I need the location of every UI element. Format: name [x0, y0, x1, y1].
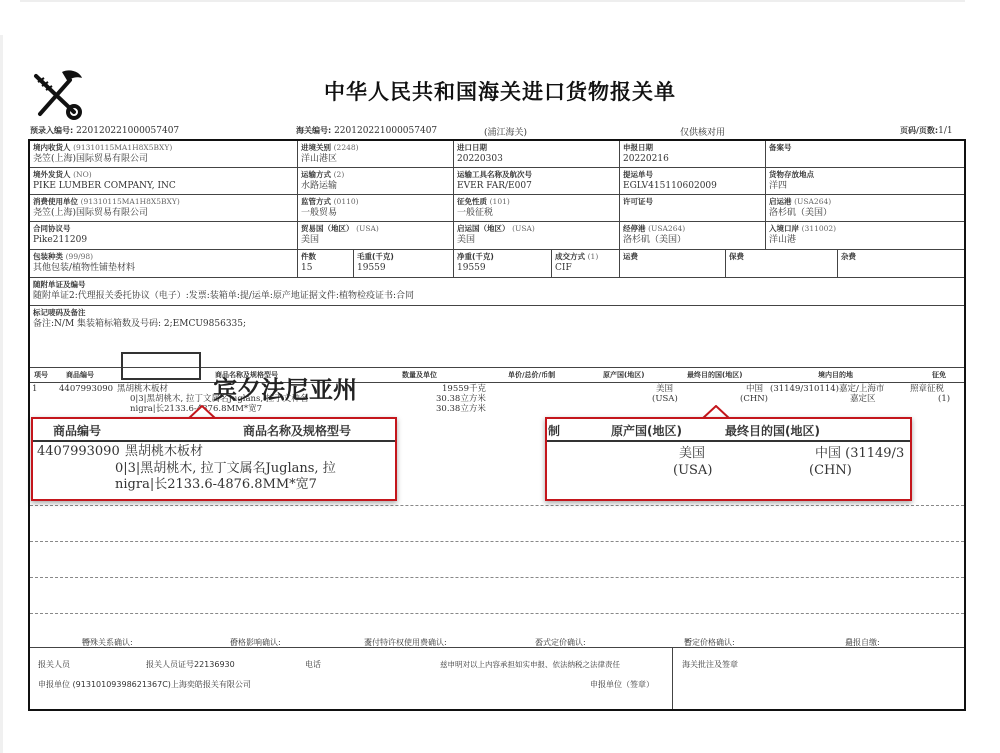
- callout-header-code: 商品编号: [53, 422, 101, 439]
- field-packing: 包装种类 (99/98) 其他包装/植物性铺垫材料: [30, 250, 298, 278]
- entry-port-label: 入境口岸: [769, 224, 799, 233]
- callout-header: 商品编号 商品名称及规格型号: [33, 419, 395, 442]
- page-value: 1/1: [938, 126, 952, 136]
- header-levy: 征免: [932, 370, 946, 380]
- vessel-value: EVER FAR/E007: [457, 180, 616, 192]
- confirmations-row: 特殊关系确认:否 价格影响确认:否 支付特许权使用费确认:否 公式定价确认:否 …: [30, 625, 964, 648]
- entry-customs-label: 进境关别: [301, 143, 331, 152]
- contract-label: 合同协议号: [33, 223, 294, 234]
- bl-no-label: 提运单号: [623, 169, 762, 180]
- customs-number: 海关编号: 220120221000057407: [296, 125, 437, 136]
- packing-label: 包装种类: [33, 252, 63, 261]
- page-top-edge: [20, 0, 965, 2]
- misc-label: 杂费: [841, 251, 961, 262]
- row-item: 1: [32, 384, 37, 394]
- field-insurance: 保费: [726, 250, 838, 278]
- page-title: 中华人民共和国海关进口货物报关单: [0, 76, 1000, 106]
- departure-port-label: 启运港: [769, 197, 792, 206]
- declarant-label: 报关人员: [38, 659, 70, 670]
- declaring-unit-value: (91310109398621367C)上海奕皓报关有限公司: [73, 680, 251, 689]
- vessel-label: 运输工具名称及航次号: [457, 169, 616, 180]
- attached-docs-label: 随附单证及编号: [33, 279, 961, 290]
- callout-origin-line1: 美国: [679, 446, 705, 462]
- declare-date-label: 申报日期: [623, 142, 762, 153]
- entry-customs-code: (2248): [334, 143, 359, 152]
- field-entry-customs: 进境关别 (2248) 洋山港区: [298, 141, 454, 168]
- field-declare-date: 申报日期 20220216: [620, 141, 766, 168]
- gross-weight-label: 毛重(千克): [357, 251, 450, 262]
- callout-header-name: 商品名称及规格型号: [243, 422, 351, 439]
- customs-number-label: 海关编号:: [296, 126, 331, 135]
- field-transport-mode: 运输方式 (2) 水路运输: [298, 168, 454, 195]
- freight-label: 运费: [623, 251, 722, 262]
- callout-goods-detail: 商品编号 商品名称及规格型号 4407993090 黑胡桃木板材 0|3|黑胡桃…: [31, 417, 397, 501]
- supervision-value: 一般贸易: [301, 207, 450, 219]
- transport-mode-code: (2): [334, 170, 345, 179]
- field-entry-port: 入境口岸 (311002) 洋山港: [766, 222, 964, 250]
- declarant-cert: 报关人员证号22136930: [146, 659, 235, 670]
- row-separator: [30, 505, 964, 506]
- phone-label: 电话: [305, 659, 321, 670]
- header-item: 项号: [34, 370, 48, 380]
- declarant-cert-label: 报关人员证号: [146, 660, 194, 669]
- row-qty-line2: 30.38立方米: [436, 394, 486, 404]
- departure-port-code: (USA264): [794, 197, 831, 206]
- net-weight-value: 19559: [457, 262, 548, 274]
- import-date-value: 20220303: [457, 153, 616, 165]
- field-consumer: 消费使用单位 (91310115MA1H8X5BXY) 尧笠(上海)国际贸易有限…: [30, 195, 298, 222]
- packing-value: 其他包装/植物性铺垫材料: [33, 262, 294, 274]
- row-origin-line1: 美国: [656, 384, 673, 394]
- field-trade-country: 贸易国（地区） (USA) 美国: [298, 222, 454, 250]
- row-separator: [30, 577, 964, 578]
- supervision-label: 监管方式: [301, 197, 331, 206]
- shipper-value: PIKE LUMBER COMPANY, INC: [33, 180, 294, 192]
- storage-value: 洋四: [769, 180, 961, 192]
- callout-header-cut: 制: [548, 422, 560, 439]
- legal-statement: 兹申明对以上内容承担如实申报、依法纳税之法律责任: [440, 659, 620, 670]
- row-separator: [30, 541, 964, 542]
- callout-line2: 0|3|黑胡桃木, 拉丁文属名Juglans, 拉: [115, 461, 336, 477]
- header-domestic-dest: 境内目的地: [818, 370, 853, 380]
- entry-port-value: 洋山港: [769, 234, 961, 246]
- contract-value: Pike211209: [33, 234, 294, 246]
- bl-no-value: EGLV415110602009: [623, 180, 762, 192]
- callout-origin-detail: 制 原产国(地区) 最终目的国(地区) 美国 (USA) 中国 (31149/3…: [545, 417, 912, 501]
- declaring-unit: 申报单位 (91310109398621367C)上海奕皓报关有限公司: [38, 679, 251, 690]
- header-qty: 数量及单位: [402, 370, 437, 380]
- pieces-value: 15: [301, 262, 350, 274]
- consumer-label: 消费使用单位: [33, 197, 78, 206]
- import-date-label: 进口日期: [457, 142, 616, 153]
- transit-port-value: 洛杉矶（美国）: [623, 234, 762, 246]
- row-qty-line1: 19559千克: [442, 384, 486, 394]
- field-departure-country: 启运国（地区） (USA) 美国: [454, 222, 620, 250]
- row-domestic-dest-line2: 嘉定区: [850, 394, 876, 404]
- field-import-date: 进口日期 20220303: [454, 141, 620, 168]
- field-vessel: 运输工具名称及航次号 EVER FAR/E007: [454, 168, 620, 195]
- overlay-caption: 宾夕法尼亚州: [213, 370, 357, 405]
- callout-header: 制 原产国(地区) 最终目的国(地区): [547, 419, 910, 442]
- license-label: 许可证号: [623, 196, 762, 207]
- gross-weight-value: 19559: [357, 262, 450, 274]
- customs-office: (浦江海关): [484, 125, 527, 138]
- callout-line3: nigra|长2133.6-4876.8MM*宽7: [115, 477, 317, 493]
- header-origin: 原产国(地区): [603, 370, 644, 380]
- field-gross-weight: 毛重(千克) 19559: [354, 250, 454, 278]
- row-separator: [30, 613, 964, 614]
- transport-mode-value: 水路运输: [301, 180, 450, 192]
- field-contract: 合同协议号 Pike211209: [30, 222, 298, 250]
- callout-line1: 黑胡桃木板材: [125, 444, 203, 460]
- marks-value: 备注:N/M 集装箱标箱数及号码: 2;EMCU9856335;: [33, 318, 961, 330]
- customs-approval-label: 海关批注及签章: [682, 659, 738, 670]
- callout-origin-line2: (USA): [673, 463, 712, 479]
- pieces-label: 件数: [301, 251, 350, 262]
- confirm-value: 否: [684, 637, 692, 648]
- confirm-value: 否: [535, 637, 543, 648]
- field-storage: 货物存放地点 洋四: [766, 168, 964, 195]
- callout-dest-line2: (CHN): [809, 463, 852, 479]
- row-dest-line1: 中国: [746, 384, 763, 394]
- storage-label: 货物存放地点: [769, 169, 961, 180]
- net-weight-label: 净重(千克): [457, 251, 548, 262]
- levy-code: (101): [490, 197, 510, 206]
- callout-code: 4407993090: [37, 444, 120, 460]
- field-levy: 征免性质 (101) 一般征税: [454, 195, 620, 222]
- page-left-edge: [0, 35, 3, 753]
- marks-label: 标记唛码及备注: [33, 307, 961, 318]
- deal-mode-code: (1): [588, 252, 599, 261]
- consumer-value: 尧笠(上海)国际贸易有限公司: [33, 207, 294, 219]
- callout-header-dest: 最终目的国(地区): [725, 422, 820, 439]
- row-domestic-dest-line1: (31149/310114)嘉定/上海市: [770, 384, 884, 394]
- annotation-box: [121, 352, 201, 380]
- departure-port-value: 洛杉矶（美国）: [769, 207, 961, 219]
- field-bl-no: 提运单号 EGLV415110602009: [620, 168, 766, 195]
- confirm-value: 是: [845, 637, 853, 648]
- proof-note: 仅供核对用: [680, 125, 725, 138]
- header-code: 商品编号: [66, 370, 94, 380]
- customs-number-value: 220120221000057407: [334, 126, 437, 136]
- field-attached-docs: 随附单证及编号 随附单证2:代理报关委托协议（电子）:发票:装箱单:提/运单:原…: [30, 278, 964, 306]
- field-transit-port: 经停港 (USA264) 洛杉矶（美国）: [620, 222, 766, 250]
- confirm-value: 否: [82, 637, 90, 648]
- confirm-value: 否: [230, 637, 238, 648]
- trade-country-value: 美国: [301, 234, 450, 246]
- entry-customs-value: 洋山港区: [301, 153, 450, 165]
- row-levy-line2: (1): [938, 394, 950, 404]
- insurance-label: 保费: [729, 251, 834, 262]
- field-freight: 运费: [620, 250, 726, 278]
- deal-mode-label: 成交方式: [555, 252, 585, 261]
- pre-entry-number: 预录入编号: 220120221000057407: [30, 125, 179, 136]
- header-price: 单价/总价/币制: [508, 370, 555, 380]
- row-origin-line2: (USA): [652, 394, 678, 404]
- packing-code: (99/98): [66, 252, 93, 261]
- row-name-line1: 黑胡桃木板材: [117, 384, 168, 394]
- row-qty-line3: 30.38立方米: [436, 404, 486, 414]
- consignee-label: 境内收货人: [33, 143, 71, 152]
- pre-entry-value: 220120221000057407: [76, 126, 179, 136]
- departure-country-label: 启运国（地区）: [457, 224, 510, 233]
- callout-header-origin: 原产国(地区): [611, 422, 682, 439]
- attached-docs-value: 随附单证2:代理报关委托协议（电子）:发票:装箱单:提/运单:原产地证据文件:植…: [33, 290, 961, 302]
- field-net-weight: 净重(千克) 19559: [454, 250, 552, 278]
- field-consignee: 境内收货人 (91310115MA1H8X5BXY) 尧笠(上海)国际贸易有限公…: [30, 141, 298, 168]
- transit-port-code: (USA264): [648, 224, 685, 233]
- consignee-code: (91310115MA1H8X5BXY): [73, 143, 172, 152]
- row-code: 4407993090: [59, 384, 113, 394]
- consignee-value: 尧笠(上海)国际贸易有限公司: [33, 153, 294, 165]
- supervision-code: (0110): [334, 197, 359, 206]
- transport-mode-label: 运输方式: [301, 170, 331, 179]
- shipper-code: (NO): [73, 170, 92, 179]
- departure-country-code: (USA): [512, 224, 535, 233]
- header-dest: 最终目的国(地区): [687, 370, 742, 380]
- declarant-cert-value: 22136930: [194, 660, 235, 669]
- departure-country-value: 美国: [457, 234, 616, 246]
- footer-divider: [672, 647, 673, 709]
- field-shipper: 境外发货人 (NO) PIKE LUMBER COMPANY, INC: [30, 168, 298, 195]
- confirm-value: 否: [364, 637, 372, 648]
- field-supervision: 监管方式 (0110) 一般贸易: [298, 195, 454, 222]
- deal-mode-value: CIF: [555, 262, 616, 274]
- field-misc: 杂费: [838, 250, 964, 278]
- confirm-label: 支付特许权使用费确认:: [364, 637, 447, 648]
- row-levy-line1: 照章征税: [910, 384, 944, 394]
- entry-port-code: (311002): [802, 224, 836, 233]
- seal-label: 申报单位（签章）: [590, 679, 654, 690]
- trade-country-code: (USA): [356, 224, 379, 233]
- declare-date-value: 20220216: [623, 153, 762, 165]
- declaring-unit-label: 申报单位: [38, 680, 70, 689]
- field-license: 许可证号: [620, 195, 766, 222]
- trade-country-label: 贸易国（地区）: [301, 224, 354, 233]
- shipper-label: 境外发货人: [33, 170, 71, 179]
- transit-port-label: 经停港: [623, 224, 646, 233]
- consumer-code: (91310115MA1H8X5BXY): [81, 197, 180, 206]
- callout-dest-line1: 中国 (31149/3: [815, 446, 904, 462]
- field-departure-port: 启运港 (USA264) 洛杉矶（美国）: [766, 195, 964, 222]
- levy-value: 一般征税: [457, 207, 616, 219]
- levy-label: 征免性质: [457, 197, 487, 206]
- field-pieces: 件数 15: [298, 250, 354, 278]
- field-record-no: 备案号: [766, 141, 964, 168]
- field-deal-mode: 成交方式 (1) CIF: [552, 250, 620, 278]
- page-label: 页码/页数:: [900, 126, 938, 135]
- record-no-label: 备案号: [769, 142, 961, 153]
- row-dest-line2: (CHN): [740, 394, 768, 404]
- page-counter: 页码/页数:1/1: [900, 125, 953, 136]
- pre-entry-label: 预录入编号:: [30, 126, 73, 135]
